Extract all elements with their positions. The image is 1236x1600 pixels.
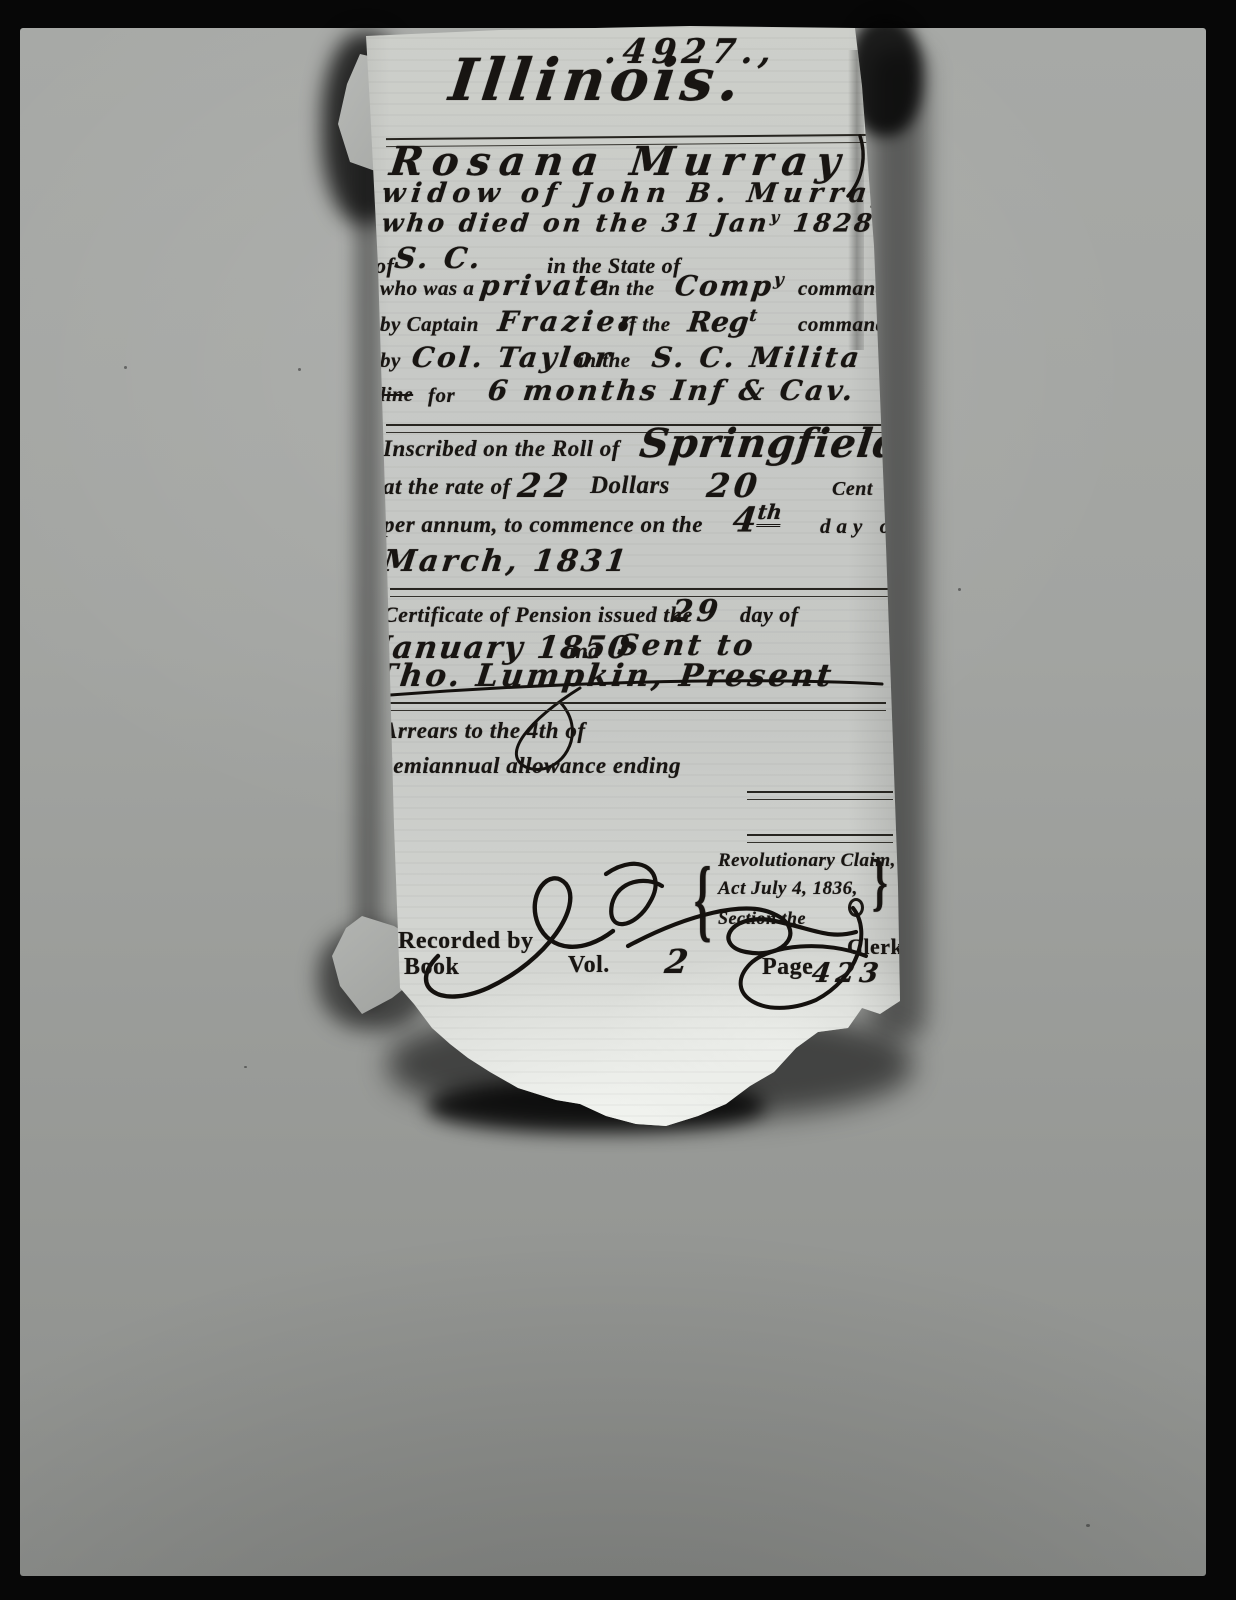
commence-day-value: 4th — [731, 500, 784, 540]
militia-value: S. C. Milita — [650, 341, 864, 374]
widow-line: widow of John B. Murray — [380, 178, 896, 209]
pension-document: .4927., Illinois. Rosana Murray widow of… — [350, 26, 908, 1166]
cents-label: Cent — [832, 478, 873, 501]
vol-value: 2 — [663, 942, 691, 981]
rate-label: at the rate of — [383, 474, 511, 500]
dollars-label: Dollars — [590, 472, 670, 500]
photo-noise — [244, 1066, 247, 1068]
rank-value: private — [478, 269, 613, 302]
commence-date-value: March, 1831 — [381, 544, 631, 579]
recorded-by-label: Recorded by — [398, 928, 533, 955]
scanned-photo: .4927., Illinois. Rosana Murray widow of… — [0, 0, 1236, 1600]
sent-to-value: Sent to — [616, 628, 758, 662]
vol-label: Vol. — [568, 952, 610, 979]
clerk-label: Clerk — [847, 934, 903, 960]
residence-value: S. C. — [393, 241, 485, 275]
by-captain-label: by Captain — [380, 312, 479, 337]
dollars-value: 22 — [516, 466, 575, 505]
inscribed-label: Inscribed on the Roll of — [383, 436, 620, 462]
issued-day-value: 29 — [670, 594, 724, 629]
certificate-day-of-label: day of — [740, 602, 799, 628]
photo-background: .4927., Illinois. Rosana Murray widow of… — [20, 28, 1206, 1576]
arrears-line-1: Arrears to the 4th of — [382, 718, 585, 744]
per-annum-label: per annum, to commence on the — [383, 512, 703, 538]
regiment-word: Reg — [686, 305, 751, 338]
page-value: 423 — [810, 958, 885, 989]
who-was-a-label: who was a — [380, 276, 474, 301]
service-term-value: 6 months Inf & Cav. — [486, 374, 858, 407]
photo-noise — [298, 368, 301, 371]
book-label: Book — [404, 954, 459, 981]
line-label: line — [380, 384, 413, 407]
page-label: Page — [762, 954, 813, 981]
roll-place-value: Springfield — [637, 420, 905, 467]
photo-noise — [124, 366, 127, 369]
company-value: Compy — [673, 269, 787, 302]
by-label: by — [380, 348, 401, 373]
regiment-value: Regt — [686, 305, 759, 338]
company-superscript: y — [773, 269, 787, 289]
regiment-superscript: t — [748, 305, 758, 325]
photo-noise — [1086, 1524, 1090, 1527]
in-the-label: in the — [602, 276, 655, 301]
blank-rule — [747, 791, 893, 800]
of-the-label: of the — [618, 312, 671, 337]
death-line: who died on the 31 Jany 1828. — [380, 208, 888, 237]
certificate-issued-label: Certificate of Pension issued the — [383, 602, 693, 628]
death-prefix: who died on the 31 Jan — [380, 208, 771, 237]
divider-rule — [390, 588, 890, 597]
photo-noise — [958, 588, 961, 591]
commence-day-superscript: th — [756, 500, 784, 527]
in-the-label-2: in the — [578, 348, 631, 373]
company-word: Comp — [673, 269, 775, 302]
arrears-line-2: Semiannual allowance ending — [380, 753, 681, 779]
commence-day-number: 4 — [731, 500, 760, 540]
divider-rule — [386, 702, 886, 711]
state-title: Illinois. — [446, 46, 748, 114]
for-label: for — [428, 383, 455, 408]
